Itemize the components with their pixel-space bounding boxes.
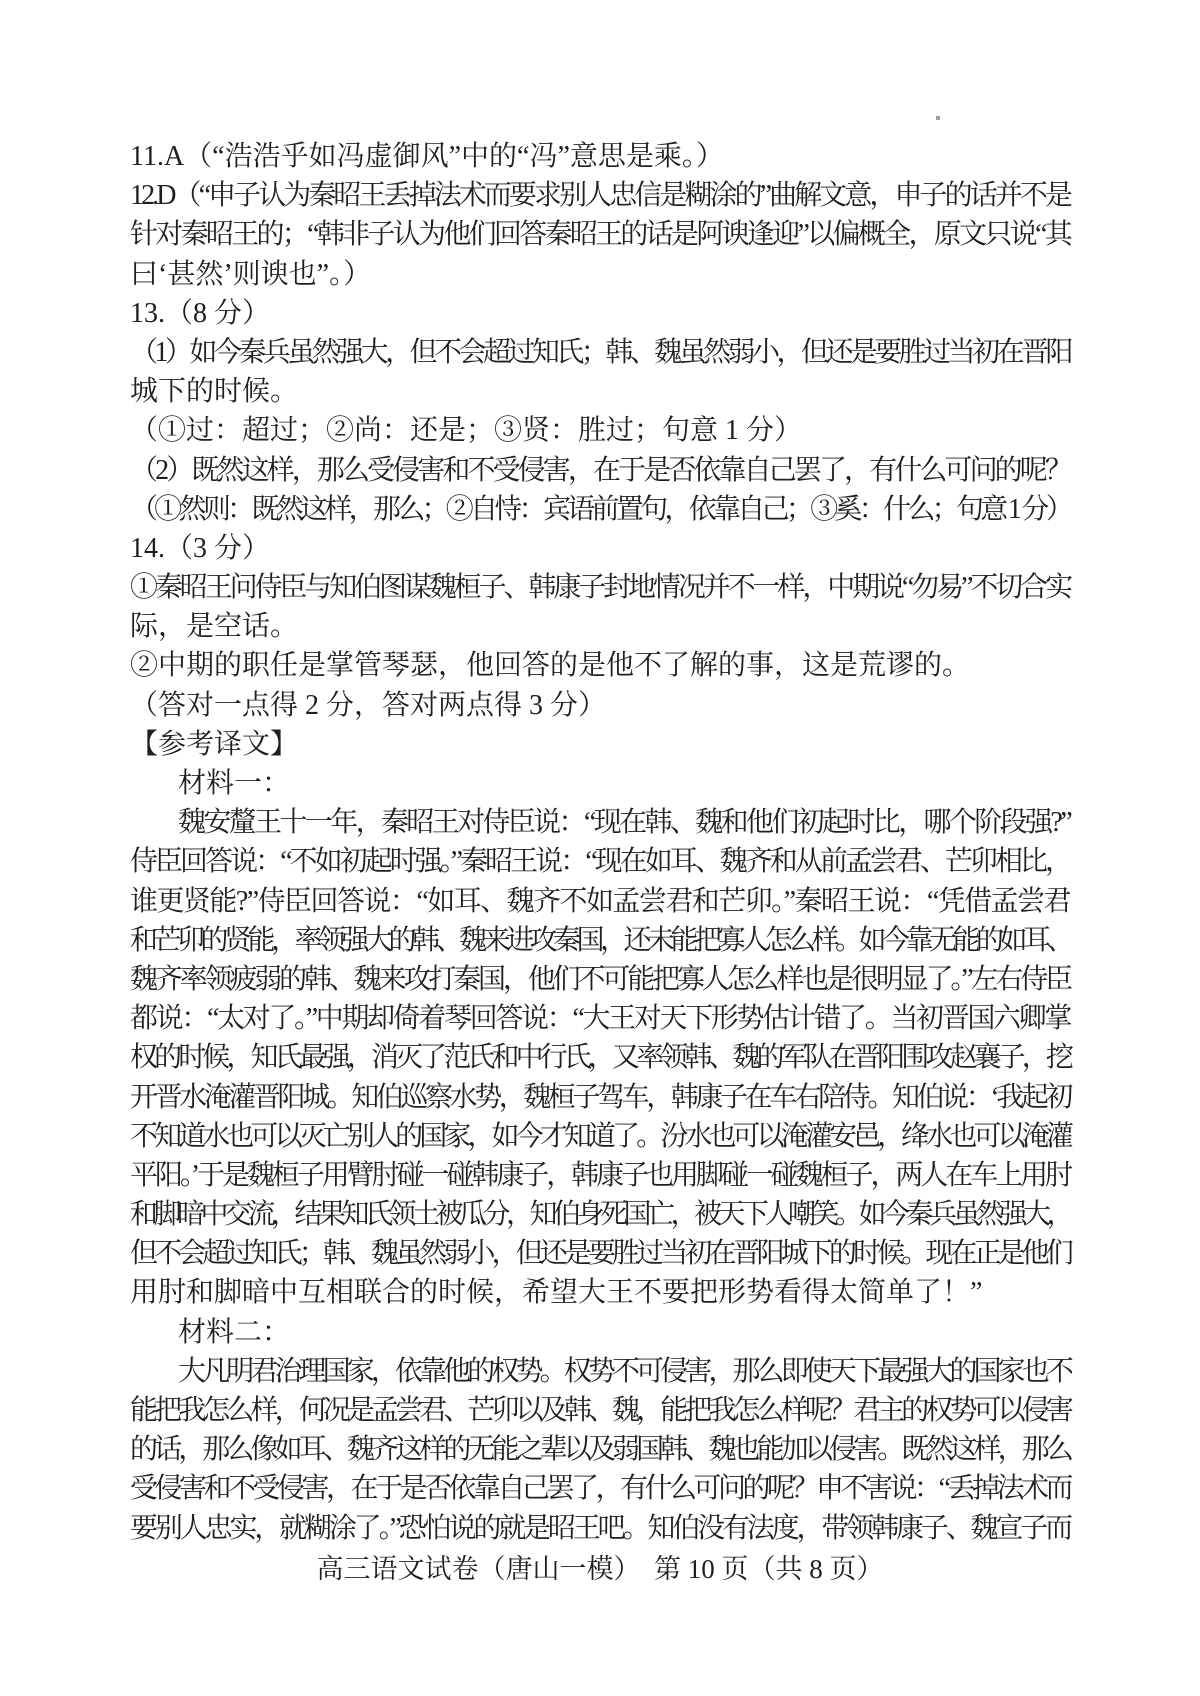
text-line: 魏安釐王十一年，秦昭王对侍臣说：“现在韩、魏和他们初起时比，哪个阶段强?” — [130, 803, 1070, 842]
text-line: （①过：超过；②尚：还是；③贤：胜过；句意 1 分） — [130, 411, 1070, 450]
text-line-content: ②中期的职任是掌管琴瑟，他回答的是他不了解的事，这是荒谬的。 — [130, 650, 970, 681]
text-line-content: 魏齐率领疲弱的韩、魏来攻打秦国，他们不可能把寡人怎么样也是很明显了。”左右侍臣 — [130, 964, 1070, 995]
text-line: 谁更贤能?”侍臣回答说：“如耳、魏齐不如孟尝君和芒卯。”秦昭王说：“凭借孟尝君 — [130, 882, 1070, 921]
text-line: 针对秦昭王的；“韩非子认为他们回答秦昭王的话是阿谀逢迎”以偏概全，原文只说“其 — [130, 215, 1070, 254]
text-line: 13.（8 分） — [130, 294, 1070, 333]
text-line-content: 谁更贤能?”侍臣回答说：“如耳、魏齐不如孟尝君和芒卯。”秦昭王说：“凭借孟尝君 — [130, 886, 1070, 917]
text-line-content: 针对秦昭王的；“韩非子认为他们回答秦昭王的话是阿谀逢迎”以偏概全，原文只说“其 — [130, 219, 1070, 250]
text-line: 要别人忠实，就糊涂了。”恐怕说的就是昭王吧。知伯没有法度，带领韩康子、魏宣子而 — [130, 1509, 1070, 1548]
answer-text-block: 11.A（“浩浩乎如冯虚御风”中的“冯”意思是乘。）12.D（“申子认为秦昭王丢… — [130, 137, 1070, 1548]
text-line-content: 12.D（“申子认为秦昭王丢掉法术而要求别人忠信是糊涂的”曲解文意，申子的话并不… — [130, 180, 1070, 211]
text-line: 12.D（“申子认为秦昭王丢掉法术而要求别人忠信是糊涂的”曲解文意，申子的话并不… — [130, 176, 1070, 215]
text-line: 受侵害和不受侵害，在于是否依靠自己罢了，有什么可问的呢？申不害说：“丢掉法术而 — [130, 1469, 1070, 1508]
text-line-content: 【参考译文】 — [130, 729, 298, 760]
text-line: ②中期的职任是掌管琴瑟，他回答的是他不了解的事，这是荒谬的。 — [130, 646, 1070, 685]
scan-speck-dot — [936, 116, 940, 120]
text-line: 【参考译文】 — [130, 725, 1070, 764]
text-line-content: 受侵害和不受侵害，在于是否依靠自己罢了，有什么可问的呢？申不害说：“丢掉法术而 — [130, 1473, 1070, 1504]
text-line: 和芒卯的贤能，率领强大的韩、魏来进攻秦国，还未能把寡人怎么样。如今靠无能的如耳、 — [130, 921, 1070, 960]
text-line: 都说：“太对了。”中期却倚着琴回答说：“大王对天下形势估计错了。当初晋国六卿掌 — [130, 999, 1070, 1038]
text-line-content: 但不会超过知氏；韩、魏虽然弱小，但还是要胜过当初在晋阳城下的时候。现在正是他们 — [130, 1238, 1070, 1269]
text-line: 11.A（“浩浩乎如冯虚御风”中的“冯”意思是乘。） — [130, 137, 1070, 176]
text-line-content: 际，是空话。 — [130, 611, 298, 642]
text-line: 开晋水淹灌晋阳城。知伯巡察水势，魏桓子驾车，韩康子在车右陪侍。知伯说：‘我起初 — [130, 1078, 1070, 1117]
text-line: 但不会超过知氏；韩、魏虽然弱小，但还是要胜过当初在晋阳城下的时候。现在正是他们 — [130, 1234, 1070, 1273]
text-line: 大凡明君治理国家，依靠他的权势。权势不可侵害，那么即使天下最强大的国家也不 — [130, 1352, 1070, 1391]
text-line-content: 能把我怎么样，何况是孟尝君、芒卯以及韩、魏，能把我怎么样呢？君主的权势可以侵害 — [130, 1395, 1070, 1426]
text-line: 平阳。’于是魏桓子用臂肘碰一碰韩康子，韩康子也用脚碰一碰魏桓子，两人在车上用肘 — [130, 1156, 1070, 1195]
text-line: 城下的时候。 — [130, 372, 1070, 411]
text-line: ①秦昭王问侍臣与知伯图谋魏桓子、韩康子封地情况并不一样，中期说“勿易”不切合实 — [130, 568, 1070, 607]
text-line-content: ①秦昭王问侍臣与知伯图谋魏桓子、韩康子封地情况并不一样，中期说“勿易”不切合实 — [130, 572, 1070, 603]
text-line-content: 要别人忠实，就糊涂了。”恐怕说的就是昭王吧。知伯没有法度，带领韩康子、魏宣子而 — [130, 1513, 1070, 1544]
text-line: 权的时候，知氏最强，消灭了范氏和中行氏，又率领韩、魏的军队在晋阳围攻赵襄子，挖 — [130, 1038, 1070, 1077]
text-line: （2）既然这样，那么受侵害和不受侵害，在于是否依靠自己罢了，有什么可问的呢？ — [130, 451, 1070, 490]
text-line: 材料二： — [130, 1313, 1070, 1352]
text-line-content: 材料一： — [178, 768, 290, 799]
text-line-content: 不知道水也可以灭亡别人的国家，如今才知道了。汾水也可以淹灌安邑，绛水也可以淹灌 — [130, 1121, 1070, 1152]
text-line: 际，是空话。 — [130, 607, 1070, 646]
text-line-content: 权的时候，知氏最强，消灭了范氏和中行氏，又率领韩、魏的军队在晋阳围攻赵襄子，挖 — [130, 1042, 1070, 1073]
text-line-content: 11.A（“浩浩乎如冯虚御风”中的“冯”意思是乘。） — [130, 141, 724, 172]
text-line-content: （①然则：既然这样，那么；②自恃：宾语前置句，依靠自己；③奚：什么；句意 1 分… — [130, 494, 1070, 525]
text-line-content: （2）既然这样，那么受侵害和不受侵害，在于是否依靠自己罢了，有什么可问的呢？ — [130, 455, 1070, 486]
text-line-content: 平阳。’于是魏桓子用臂肘碰一碰韩康子，韩康子也用脚碰一碰魏桓子，两人在车上用肘 — [130, 1160, 1070, 1191]
text-line-content: 和脚暗中交流，结果知氏领土被瓜分，知伯身死国亡，被天下人嘲笑。如今秦兵虽然强大， — [130, 1199, 1070, 1230]
text-line: 材料一： — [130, 764, 1070, 803]
text-line: 能把我怎么样，何况是孟尝君、芒卯以及韩、魏，能把我怎么样呢？君主的权势可以侵害 — [130, 1391, 1070, 1430]
exam-answer-page: 11.A（“浩浩乎如冯虚御风”中的“冯”意思是乘。）12.D（“申子认为秦昭王丢… — [0, 0, 1200, 1696]
text-line-content: 和芒卯的贤能，率领强大的韩、魏来进攻秦国，还未能把寡人怎么样。如今靠无能的如耳、 — [130, 925, 1070, 956]
text-line: 曰‘甚然’则谀也”。） — [130, 255, 1070, 294]
text-line-content: 大凡明君治理国家，依靠他的权势。权势不可侵害，那么即使天下最强大的国家也不 — [178, 1356, 1070, 1387]
text-line: 魏齐率领疲弱的韩、魏来攻打秦国，他们不可能把寡人怎么样也是很明显了。”左右侍臣 — [130, 960, 1070, 999]
page-footer: 高三语文试卷（唐山一模） 第 10 页（共 8 页） — [0, 1550, 1200, 1589]
text-line: 的话，那么像如耳、魏齐这样的无能之辈以及弱国韩、魏也能加以侵害。既然这样，那么 — [130, 1430, 1070, 1469]
text-line-content: 用肘和脚暗中互相联合的时候，希望大王不要把形势看得太简单了！” — [130, 1277, 982, 1308]
text-line-content: 魏安釐王十一年，秦昭王对侍臣说：“现在韩、魏和他们初起时比，哪个阶段强?” — [178, 807, 1070, 838]
text-line: （答对一点得 2 分，答对两点得 3 分） — [130, 686, 1070, 725]
text-line: 不知道水也可以灭亡别人的国家，如今才知道了。汾水也可以淹灌安邑，绛水也可以淹灌 — [130, 1117, 1070, 1156]
text-line-content: （答对一点得 2 分，答对两点得 3 分） — [130, 690, 606, 721]
text-line-content: 开晋水淹灌晋阳城。知伯巡察水势，魏桓子驾车，韩康子在车右陪侍。知伯说：‘我起初 — [130, 1082, 1070, 1113]
text-line-content: （①过：超过；②尚：还是；③贤：胜过；句意 1 分） — [130, 415, 802, 446]
text-line-content: 城下的时候。 — [130, 376, 298, 407]
text-line-content: 的话，那么像如耳、魏齐这样的无能之辈以及弱国韩、魏也能加以侵害。既然这样，那么 — [130, 1434, 1070, 1465]
text-line-content: 侍臣回答说：“不如初起时强。”秦昭王说：“现在如耳、魏齐和从前孟尝君、芒卯相比， — [130, 846, 1070, 877]
text-line-content: 曰‘甚然’则谀也”。） — [130, 259, 371, 290]
text-line-content: 14.（3 分） — [130, 533, 270, 564]
text-line: 侍臣回答说：“不如初起时强。”秦昭王说：“现在如耳、魏齐和从前孟尝君、芒卯相比， — [130, 842, 1070, 881]
text-line-content: 都说：“太对了。”中期却倚着琴回答说：“大王对天下形势估计错了。当初晋国六卿掌 — [130, 1003, 1070, 1034]
text-line: 用肘和脚暗中互相联合的时候，希望大王不要把形势看得太简单了！” — [130, 1273, 1070, 1312]
text-line: 14.（3 分） — [130, 529, 1070, 568]
text-line-content: 材料二： — [178, 1317, 290, 1348]
text-line-content: （1）如今秦兵虽然强大，但不会超过知氏；韩、魏虽然弱小，但还是要胜过当初在晋阳 — [130, 337, 1070, 368]
text-line: 和脚暗中交流，结果知氏领土被瓜分，知伯身死国亡，被天下人嘲笑。如今秦兵虽然强大， — [130, 1195, 1070, 1234]
text-line-content: 13.（8 分） — [130, 298, 270, 329]
text-line: （①然则：既然这样，那么；②自恃：宾语前置句，依靠自己；③奚：什么；句意 1 分… — [130, 490, 1070, 529]
text-line: （1）如今秦兵虽然强大，但不会超过知氏；韩、魏虽然弱小，但还是要胜过当初在晋阳 — [130, 333, 1070, 372]
